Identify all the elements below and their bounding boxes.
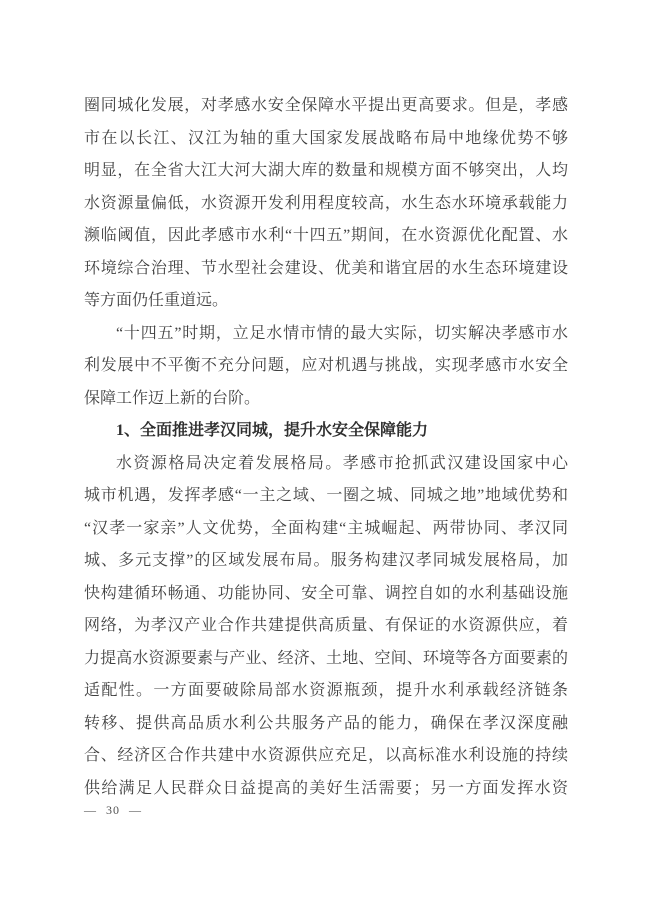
text-line: 保障工作迈上新的台阶。	[84, 383, 568, 416]
text-line: 快构建循环畅通、功能协同、安全可靠、调控自如的水利基础设施	[84, 578, 568, 611]
text-line: “十四五”时期，立足水情市情的最大实际，切实解决孝感市水	[84, 318, 568, 351]
document-page: 圈同城化发展，对孝感水安全保障水平提出更高要求。但是，孝感市在以长江、汉江为轴的…	[0, 0, 650, 919]
text-line: 适配性。一方面要破除局部水资源瓶颈，提升水利承载经济链条	[84, 675, 568, 708]
text-line: 转移、提供高品质水利公共服务产品的能力，确保在孝汉深度融	[84, 708, 568, 741]
text-line: 市在以长江、汉江为轴的重大国家发展战略布局中地缘优势不够	[84, 123, 568, 156]
text-line: 网络，为孝汉产业合作共建提供高质量、有保证的水资源供应，着	[84, 610, 568, 643]
text-line: 城市机遇，发挥孝感“一主之域、一圈之城、同城之地”地域优势和	[84, 480, 568, 513]
text-line: “汉孝一家亲”人文优势，全面构建“主城崛起、两带协同、孝汉同	[84, 513, 568, 546]
text-line: 水资源量偏低，水资源开发利用程度较高，水生态水环境承载能力	[84, 188, 568, 221]
text-line: 圈同城化发展，对孝感水安全保障水平提出更高要求。但是，孝感	[84, 90, 568, 123]
text-line: 城、多元支撑”的区域发展布局。服务构建汉孝同城发展格局，加	[84, 545, 568, 578]
text-line: 等方面仍任重道远。	[84, 285, 568, 318]
text-line: 利发展中不平衡不充分问题，应对机遇与挑战，实现孝感市水安全	[84, 350, 568, 383]
document-body: 圈同城化发展，对孝感水安全保障水平提出更高要求。但是，孝感市在以长江、汉江为轴的…	[84, 90, 568, 805]
text-line: 合、经济区合作共建中水资源供应充足，以高标准水利设施的持续	[84, 740, 568, 773]
text-line: 濒临阈值，因此孝感市水利“十四五”期间，在水资源优化配置、水	[84, 220, 568, 253]
text-line: 环境综合治理、节水型社会建设、优美和谐宜居的水生态环境建设	[84, 253, 568, 286]
text-line: 水资源格局决定着发展格局。孝感市抢抓武汉建设国家中心	[84, 448, 568, 481]
page-number: — 30 —	[84, 802, 142, 818]
text-line: 力提高水资源要素与产业、经济、土地、空间、环境等各方面要素的	[84, 643, 568, 676]
text-line: 供给满足人民群众日益提高的美好生活需要；另一方面发挥水资	[84, 773, 568, 806]
text-line: 明显，在全省大江大河大湖大库的数量和规模方面不够突出，人均	[84, 155, 568, 188]
section-heading: 1、全面推进孝汉同城，提升水安全保障能力	[84, 415, 568, 448]
